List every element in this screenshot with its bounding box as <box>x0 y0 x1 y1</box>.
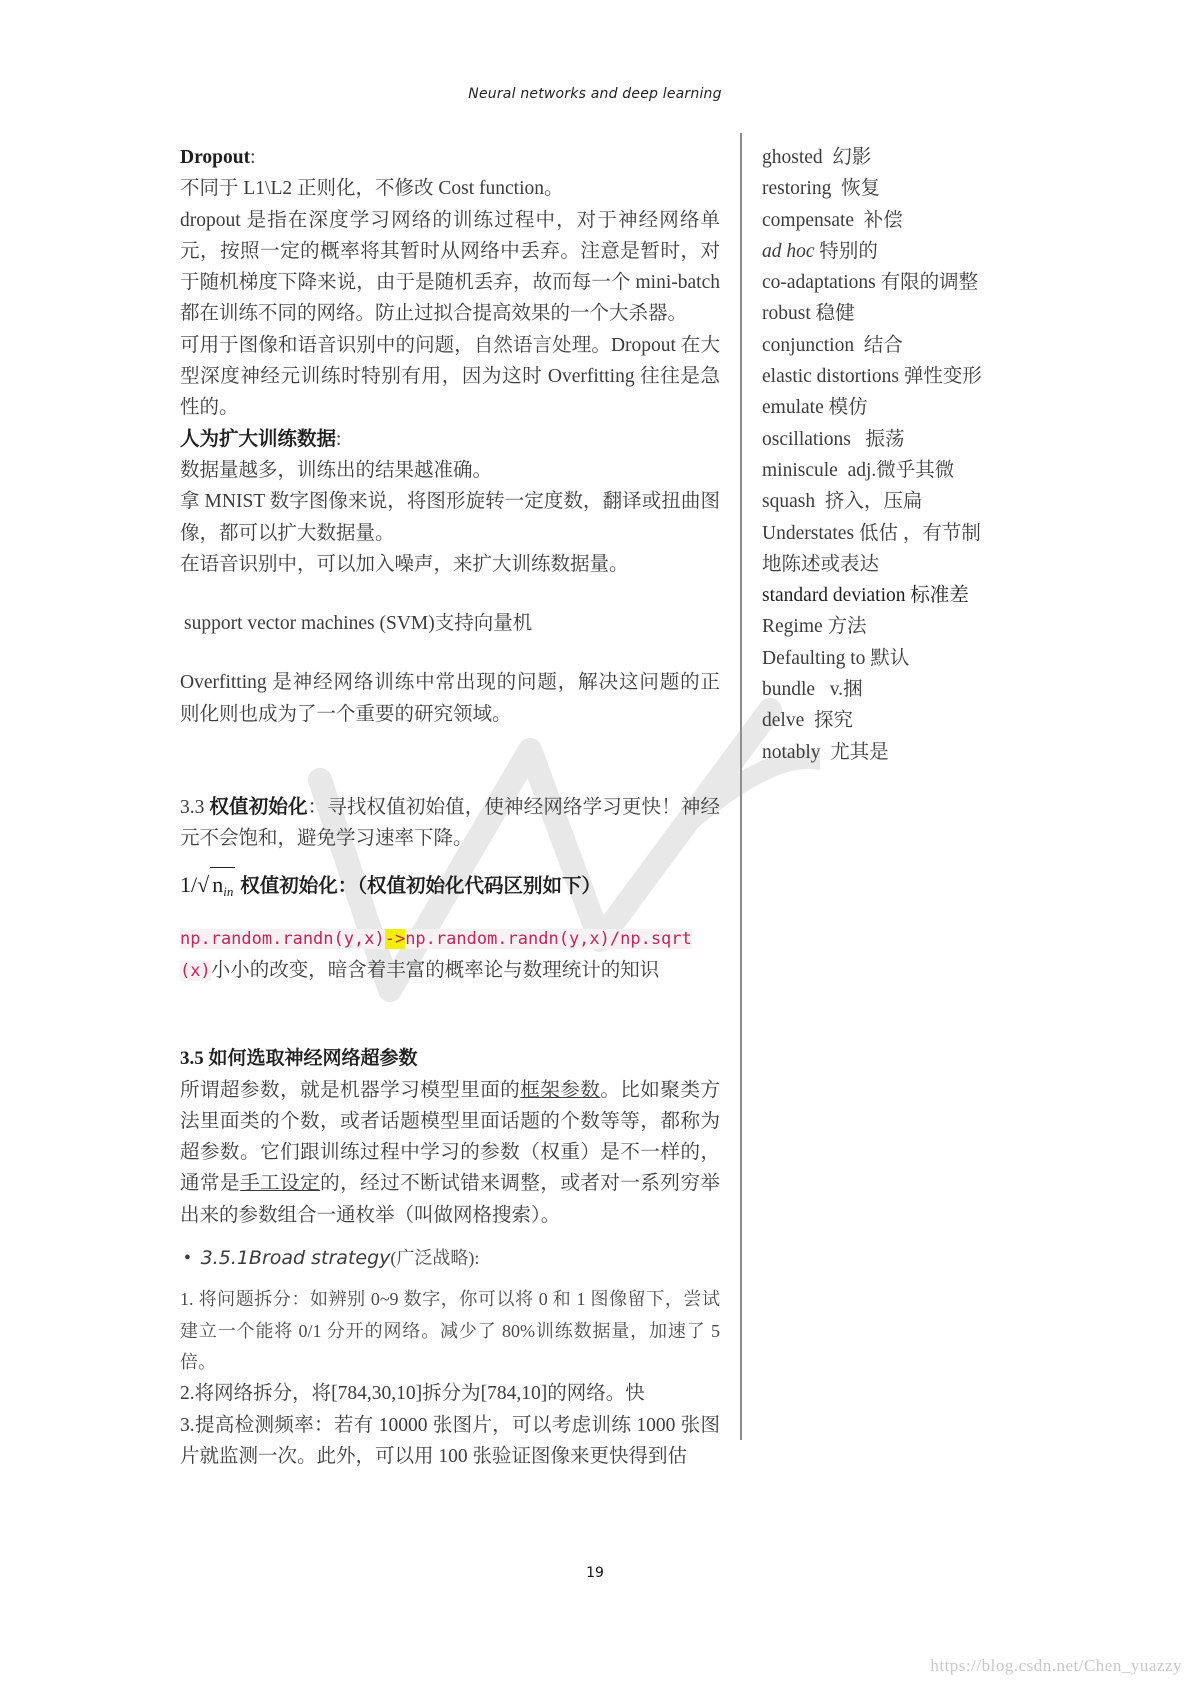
vocab-item: notably 尤其是 <box>762 737 1022 768</box>
bullet-icon: • <box>184 1248 191 1269</box>
dropout-line-1: 不同于 L1\L2 正则化，不修改 Cost function。 <box>180 173 720 204</box>
vocabulary-list: ghosted 幻影 restoring 恢复 compensate 补偿 ad… <box>762 142 1022 768</box>
vocab-item: ad hoc 特别的 <box>762 236 1022 267</box>
code-comparison: np.random.randn(y,x)->np.random.randn(y,… <box>180 923 720 988</box>
running-header: Neural networks and deep learning <box>0 86 1190 102</box>
column-divider <box>740 133 742 1440</box>
vocab-item: standard deviation 标准差 <box>762 580 1022 611</box>
vocab-item: oscillations 振荡 <box>762 424 1022 455</box>
vocab-item: squash 挤入，压扁 <box>762 486 1022 517</box>
code-before: np.random.randn(y,x) <box>180 929 385 949</box>
vocab-item: Defaulting to 默认 <box>762 643 1022 674</box>
vocab-item: robust 稳健 <box>762 298 1022 329</box>
code-arrow: -> <box>385 929 405 949</box>
vocab-item: compensate 补偿 <box>762 205 1022 236</box>
overfitting-paragraph: Overfitting 是神经网络训练中常出现的问题，解决这问题的正则化则也成为… <box>180 667 720 730</box>
vocab-item: restoring 恢复 <box>762 173 1022 204</box>
vocab-item: bundle v.捆 <box>762 674 1022 705</box>
vocab-item: elastic distortions 弹性变形 <box>762 361 1022 392</box>
dropout-definition: dropout 是指在深度学习网络的训练过程中，对于神经网络单元，按照一定的概率… <box>180 205 720 330</box>
section-3-5-heading: 3.5 如何选取神经网络超参数 <box>180 1043 720 1074</box>
page-number: 19 <box>0 1565 1190 1581</box>
sqrt-symbol-icon: √ <box>197 872 209 897</box>
broad-strategy-bullet: • 3.5.1Broad strategy(广泛战略): <box>180 1243 720 1274</box>
step-2: 2.将网络拆分，将[784,30,10]拆分为[784,10]的网络。快 <box>180 1378 720 1409</box>
vocab-item: Understates 低估 ，有节制 <box>762 518 1022 549</box>
vocab-item: emulate 模仿 <box>762 392 1022 423</box>
main-column: Dropout: 不同于 L1\L2 正则化，不修改 Cost function… <box>180 142 720 1472</box>
weight-init-formula: 1/√nin 权值初始化：（权值初始化代码区别如下） <box>180 867 720 909</box>
augment-line-2: 拿 MNIST 数字图像来说，将图形旋转一定度数，翻译或扭曲图像，都可以扩大数据… <box>180 486 720 549</box>
dropout-heading: Dropout: <box>180 142 720 173</box>
vocab-item: conjunction 结合 <box>762 330 1022 361</box>
vocab-item: Regime 方法 <box>762 611 1022 642</box>
augment-line-3: 在语音识别中，可以加入噪声，来扩大训练数据量。 <box>180 549 720 580</box>
vocab-item: delve 探究 <box>762 705 1022 736</box>
vocab-item: ghosted 幻影 <box>762 142 1022 173</box>
step-1: 1. 将问题拆分：如辨别 0~9 数字，你可以将 0 和 1 图像留下，尝试建立… <box>180 1284 720 1378</box>
step-3: 3.提高检测频率：若有 10000 张图片，可以考虑训练 1000 张图片就监测… <box>180 1410 720 1473</box>
augment-heading: 人为扩大训练数据: <box>180 424 720 455</box>
vocab-item: miniscule adj.微乎其微 <box>762 455 1022 486</box>
dropout-usage: 可用于图像和语音识别中的问题，自然语言处理。Dropout 在大型深度神经元训练… <box>180 330 720 424</box>
section-3-3: 3.3 权值初始化：寻找权值初始值，使神经网络学习更快！神经元不会饱和，避免学习… <box>180 792 720 855</box>
source-url-watermark: https://blog.csdn.net/Chen_yuazzy <box>930 1656 1182 1676</box>
augment-line-1: 数据量越多，训练出的结果越准确。 <box>180 455 720 486</box>
svm-line: support vector machines (SVM)支持向量机 <box>180 608 720 639</box>
vocab-item-continuation: 地陈述或表达 <box>762 549 1022 580</box>
vocab-item: co-adaptations 有限的调整 <box>762 267 1022 298</box>
document-page: Neural networks and deep learning Dropou… <box>0 0 1190 1683</box>
hyperparameter-paragraph: 所谓超参数，就是机器学习模型里面的框架参数。比如聚类方法里面类的个数，或者话题模… <box>180 1075 720 1231</box>
